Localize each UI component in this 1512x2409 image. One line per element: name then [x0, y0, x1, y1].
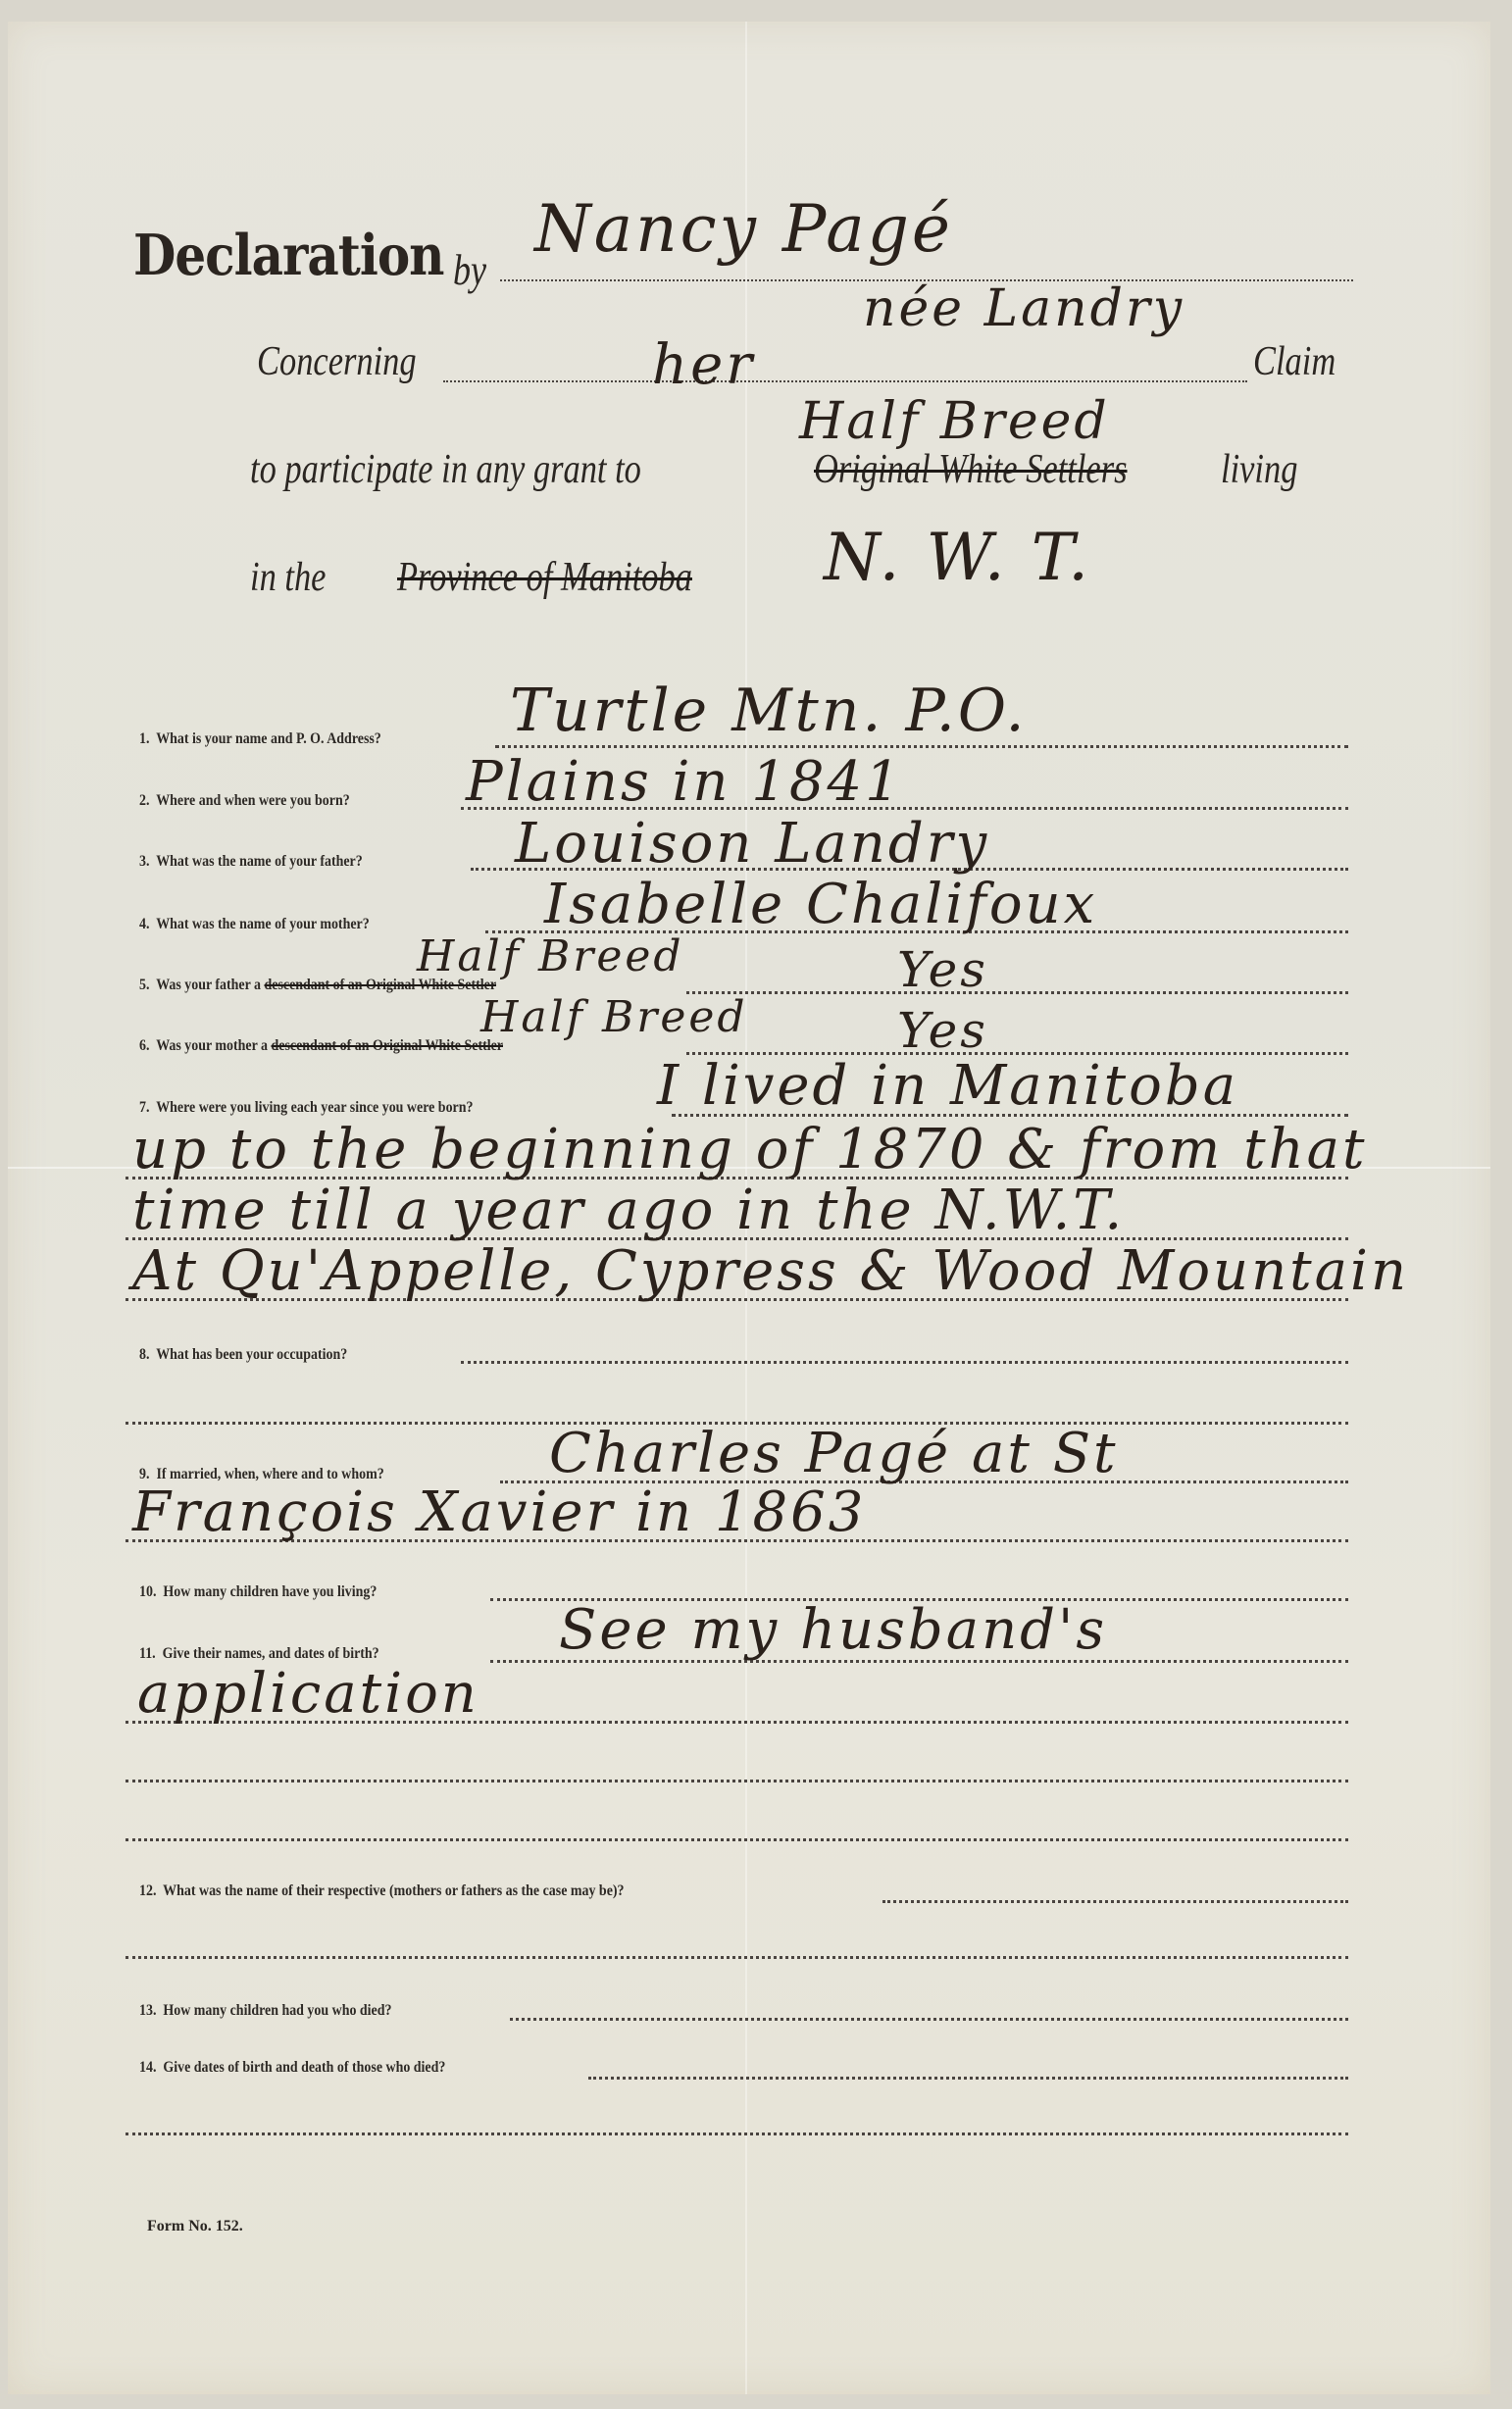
question-2: 2. Where and when were you born? — [139, 792, 350, 810]
form-number: Form No. 152. — [147, 2218, 243, 2235]
inserted-half-breed-mother: Half Breed — [480, 992, 748, 1042]
question-6: 6. Was your mother a descendant of an Or… — [139, 1037, 503, 1055]
participate-text: to participate in any grant to — [250, 446, 641, 493]
answer-line — [126, 2133, 1348, 2135]
answer-line — [126, 1780, 1348, 1782]
answer-line — [686, 991, 1348, 994]
question-1: 1. What is your name and P. O. Address? — [139, 730, 381, 748]
question-13: 13. How many children had you who died? — [139, 2002, 391, 2020]
declaration-title: Declaration — [133, 222, 444, 288]
by-label: by — [453, 245, 486, 295]
question-14: 14. Give dates of birth and death of tho… — [139, 2059, 445, 2077]
question-11: 11. Give their names, and dates of birth… — [139, 1645, 379, 1663]
question-12: 12. What was the name of their respectiv… — [139, 1882, 625, 1900]
answer-7-line-2: up to the beginning of 1870 & from that — [132, 1118, 1368, 1181]
answer-line — [461, 1361, 1348, 1364]
answer-11-line-2: application — [137, 1662, 479, 1726]
answer-6: Yes — [897, 1002, 988, 1059]
answer-line — [588, 2077, 1348, 2080]
answer-line — [510, 2018, 1348, 2021]
declarant-maiden-name: née Landry — [863, 279, 1184, 338]
question-10: 10. How many children have you living? — [139, 1583, 377, 1601]
question-7: 7. Where were you living each year since… — [139, 1099, 473, 1117]
answer-9: Charles Pagé at St — [549, 1422, 1119, 1485]
answer-7: I lived in Manitoba — [657, 1054, 1238, 1118]
answer-7-line-4: At Qu'Appelle, Cypress & Wood Mountain — [132, 1239, 1409, 1303]
struck-category: Original White Settlers — [814, 446, 1128, 493]
answer-1: Turtle Mtn. P.O. — [510, 677, 1028, 745]
inserted-category: Half Breed — [799, 392, 1110, 451]
living-label: living — [1221, 446, 1297, 493]
concerning-value: her — [652, 333, 755, 397]
in-the-label: in the — [250, 554, 326, 601]
answer-line — [882, 1900, 1348, 1903]
answer-9-line-2: François Xavier in 1863 — [132, 1481, 866, 1544]
answer-7-line-3: time till a year ago in the N.W.T. — [132, 1179, 1125, 1242]
province-replacement: N. W. T. — [824, 520, 1091, 595]
answer-line — [126, 1956, 1348, 1959]
answer-4: Isabelle Chalifoux — [544, 873, 1097, 936]
answer-2: Plains in 1841 — [466, 750, 903, 814]
answer-11: See my husband's — [559, 1598, 1107, 1662]
claim-label: Claim — [1253, 338, 1336, 385]
concerning-line — [443, 380, 1247, 382]
answer-5: Yes — [897, 941, 988, 998]
question-4: 4. What was the name of your mother? — [139, 916, 370, 933]
answer-line — [126, 1838, 1348, 1841]
question-3: 3. What was the name of your father? — [139, 853, 363, 871]
concerning-label: Concerning — [257, 338, 417, 385]
struck-province: Province of Manitoba — [397, 554, 692, 601]
inserted-half-breed-father: Half Breed — [417, 931, 684, 981]
question-8: 8. What has been your occupation? — [139, 1346, 347, 1364]
declarant-name: Nancy Pagé — [534, 191, 953, 267]
answer-line — [495, 745, 1348, 748]
answer-3: Louison Landry — [515, 812, 989, 876]
